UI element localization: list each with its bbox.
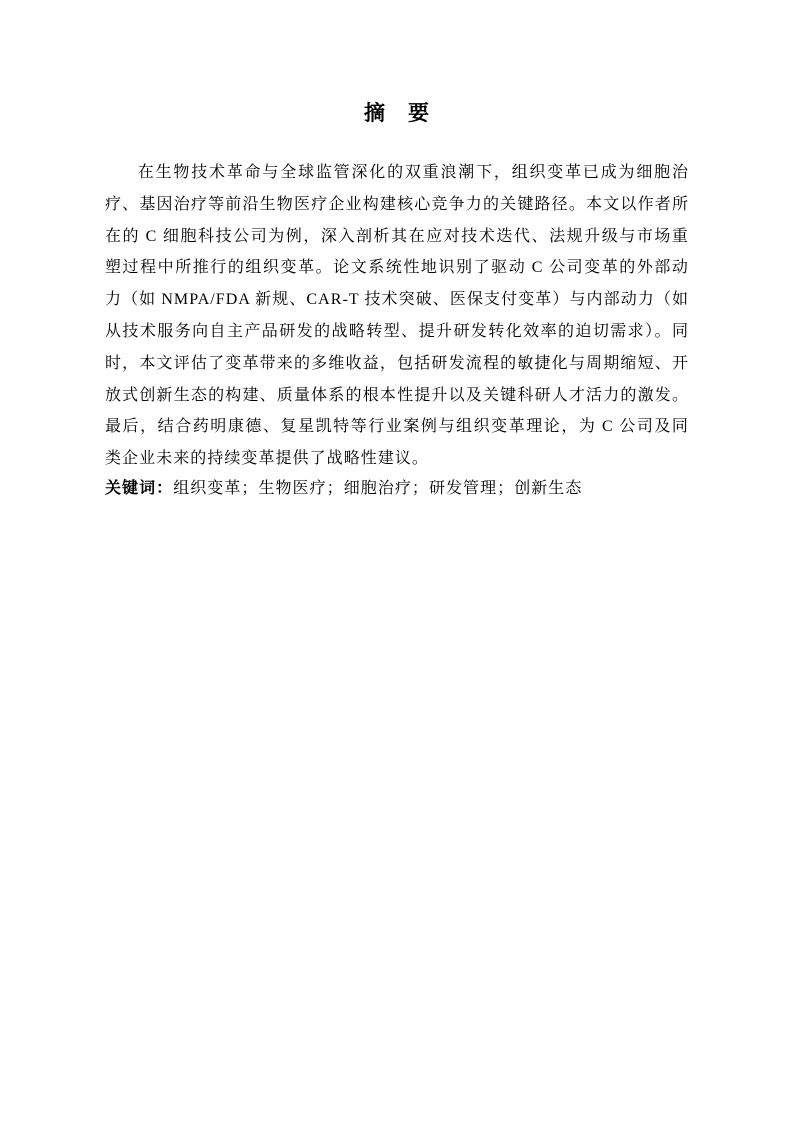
document-page: 摘 要 在生物技术革命与全球监管深化的双重浪潮下，组织变革已成为细胞治疗、基因治… xyxy=(0,0,793,1122)
keywords-label: 关键词： xyxy=(105,480,173,497)
abstract-paragraph: 在生物技术革命与全球监管深化的双重浪潮下，组织变革已成为细胞治疗、基因治疗等前沿… xyxy=(105,157,689,475)
abstract-title: 摘 要 xyxy=(105,100,689,127)
keywords-text: 组织变革；生物医疗；细胞治疗；研发管理；创新生态 xyxy=(173,480,582,497)
page-content: 摘 要 在生物技术革命与全球监管深化的双重浪潮下，组织变革已成为细胞治疗、基因治… xyxy=(0,0,793,503)
keywords-line: 关键词：组织变革；生物医疗；细胞治疗；研发管理；创新生态 xyxy=(105,475,689,503)
